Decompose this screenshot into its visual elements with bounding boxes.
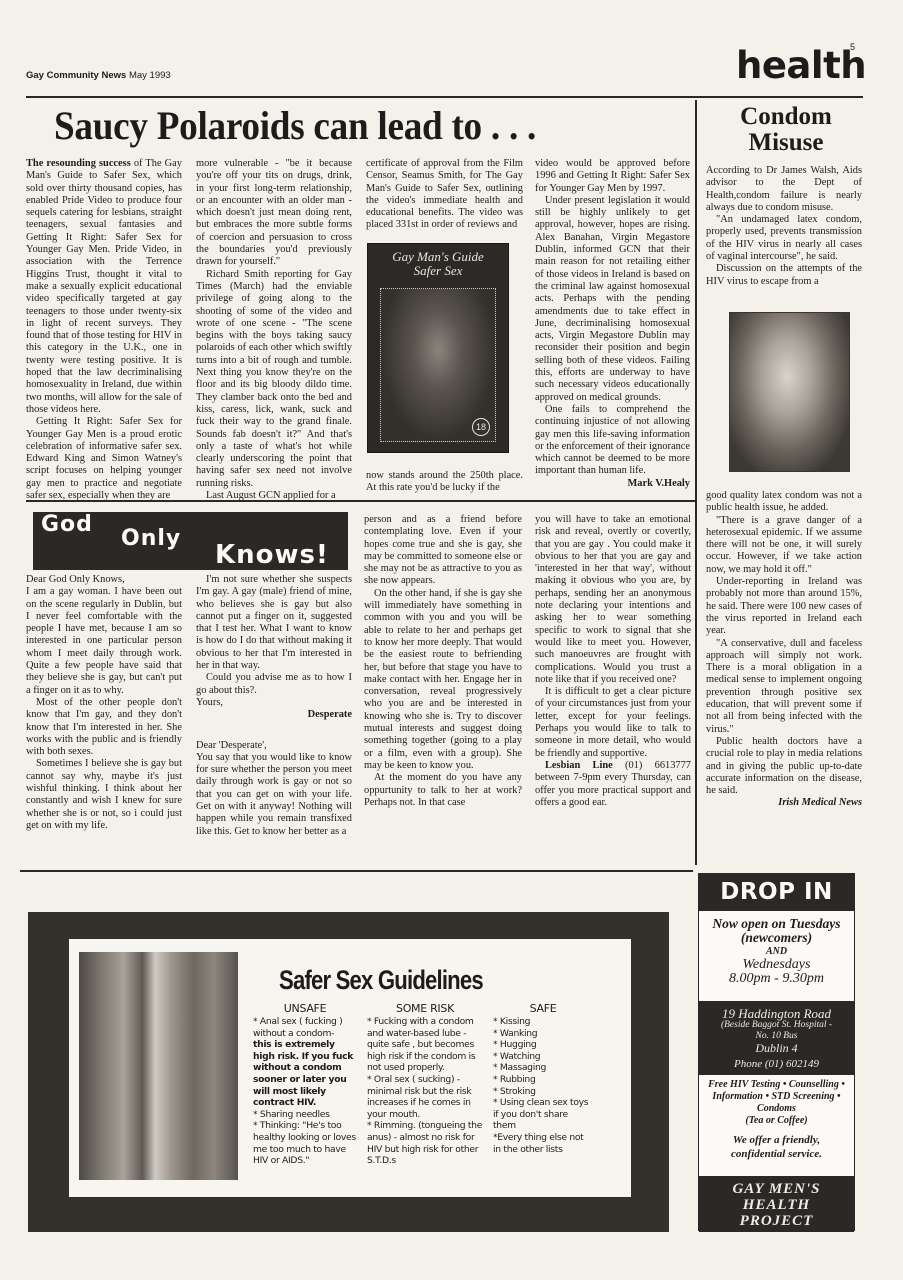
- list-item: * Rimming. (tongueing the anus) - almost…: [367, 1120, 483, 1166]
- guidelines-panel: Safer Sex Guidelines UNSAFE * Anal sex (…: [69, 939, 631, 1197]
- list-item: * Watching: [493, 1051, 593, 1063]
- lead-in: The resounding success: [26, 158, 131, 169]
- banner-word-only: Only: [121, 526, 181, 551]
- paragraph: "A conservative, dull and faceless appro…: [706, 638, 862, 736]
- paragraph: Richard Smith reporting for Gay Times (M…: [196, 269, 352, 490]
- issue-date: May 1993: [129, 70, 171, 81]
- list-item: * Kissing: [493, 1016, 593, 1028]
- list-item: *Every thing else not in the other lists: [493, 1132, 593, 1155]
- paragraph: Discussion on the attempts of the HIV vi…: [706, 263, 862, 288]
- guidelines-col-safe: SAFE * Kissing * Wanking * Hugging * Wat…: [493, 1002, 593, 1155]
- video-cover-title: Gay Man's Guide Safer Sex: [376, 250, 500, 278]
- column-divider: [695, 100, 697, 505]
- paragraph: You say that you would like to know for …: [196, 752, 352, 838]
- col-heading-safe: SAFE: [493, 1002, 593, 1015]
- main-article-col1: The resounding success of The Gay Man's …: [26, 158, 182, 502]
- letter-signature: Desperate: [196, 709, 352, 721]
- sidebar-headline: Condom Misuse: [706, 104, 866, 156]
- paragraph: "There is a grave danger of a heterosexu…: [706, 515, 862, 576]
- publication-line: Gay Community News May 1993: [26, 70, 171, 81]
- guidelines-col-some-risk: SOME RISK * Fucking with a condom and wa…: [367, 1002, 483, 1167]
- jeans-photo: [79, 952, 238, 1180]
- guidelines-title: Safer Sex Guidelines: [279, 967, 483, 994]
- banner-word-god: God: [41, 512, 93, 537]
- paragraph: good quality latex condom was not a publ…: [706, 490, 862, 515]
- advice-reply-col4: you will have to take an emotional risk …: [535, 514, 691, 809]
- paragraph: video would be approved before 1996 and …: [535, 158, 690, 195]
- list-item: * Fucking with a condom and water-based …: [367, 1016, 483, 1074]
- main-article-col4: video would be approved before 1996 and …: [535, 158, 690, 490]
- list-item-warning: this is extremely high risk. If you fuck…: [253, 1039, 357, 1109]
- doctor-portrait-photo: [729, 312, 850, 472]
- list-item: * Stroking: [493, 1086, 593, 1098]
- main-article-col2: more vulnerable - "be it because you're …: [196, 158, 352, 502]
- safer-sex-guidelines-box: Safer Sex Guidelines UNSAFE * Anal sex (…: [28, 912, 669, 1232]
- section-divider: [26, 500, 696, 502]
- video-cover-image: Gay Man's Guide Safer Sex 18: [367, 243, 509, 453]
- address-block: 19 Haddington Road (Beside Baggot St. Ho…: [699, 1001, 854, 1075]
- col-heading-unsafe: UNSAFE: [253, 1002, 357, 1015]
- paragraph: I am a gay woman. I have been out on the…: [26, 586, 182, 697]
- paragraph: At the moment do you have any oppurtunit…: [364, 772, 522, 809]
- paragraph: more vulnerable - "be it because you're …: [196, 158, 352, 269]
- drop-in-heading: DROP IN: [699, 874, 854, 911]
- section-divider: [20, 870, 693, 872]
- main-headline: Saucy Polaroids can lead to . . .: [54, 104, 536, 148]
- paragraph: you will have to take an emotional risk …: [535, 514, 691, 686]
- paragraph: Under-reporting in Ireland was probably …: [706, 576, 862, 637]
- main-article-col3-top: certificate of approval from the Film Ce…: [366, 158, 523, 232]
- guidelines-col-unsafe: UNSAFE * Anal sex ( fucking ) without a …: [253, 1002, 357, 1167]
- list-item: * Using clean sex toys if you don't shar…: [493, 1097, 593, 1132]
- street-address: 19 Haddington Road: [699, 1007, 854, 1020]
- paragraph: I'm not sure whether she suspects I'm ga…: [196, 574, 352, 672]
- advice-letter-col2: I'm not sure whether she suspects I'm ga…: [196, 574, 352, 838]
- letter-closing: Yours,: [196, 697, 352, 709]
- age-rating-badge: 18: [472, 418, 490, 436]
- paragraph: On the other hand, if she is gay she wil…: [364, 588, 522, 772]
- top-divider: [26, 96, 863, 98]
- list-item: * Rubbing: [493, 1074, 593, 1086]
- paragraph: Under present legislation it would still…: [535, 195, 690, 404]
- paragraph: One fails to comprehend the continuing i…: [535, 404, 690, 478]
- advice-reply-col3: person and as a friend before contemplat…: [364, 514, 522, 809]
- letter-salutation: Dear God Only Knows,: [26, 574, 182, 586]
- paragraph: certificate of approval from the Film Ce…: [366, 158, 523, 232]
- paragraph: Getting It Right: Safer Sex for Younger …: [26, 416, 182, 502]
- byline: Mark V.Healy: [535, 478, 690, 490]
- paragraph: Lesbian Line (01) 6613777 between 7-9pm …: [535, 760, 691, 809]
- list-item: * Hugging: [493, 1039, 593, 1051]
- paragraph: Sometimes I believe she is gay but canno…: [26, 758, 182, 832]
- column-divider: [695, 505, 697, 865]
- reply-salutation: Dear 'Desperate',: [196, 740, 352, 752]
- paragraph: Most of the other people don't know that…: [26, 697, 182, 758]
- source-credit: Irish Medical News: [706, 797, 862, 809]
- publication-name: Gay Community News: [26, 70, 126, 81]
- paragraph: It is difficult to get a clear picture o…: [535, 686, 691, 760]
- paragraph: person and as a friend before contemplat…: [364, 514, 522, 588]
- main-article-col3-bottom: now stands around the 250th place. At th…: [366, 470, 523, 495]
- opening-hours: Now open on Tuesdays (newcomers) AND Wed…: [699, 911, 854, 1001]
- list-item: * Sharing needles: [253, 1109, 357, 1121]
- col-heading-some-risk: SOME RISK: [367, 1002, 483, 1015]
- phone-number: Phone (01) 602149: [699, 1058, 854, 1071]
- list-item: * Oral sex ( sucking) - minimal risk but…: [367, 1074, 483, 1120]
- paragraph: "An undamaged latex condom, properly use…: [706, 214, 862, 263]
- sidebar-col-top: According to Dr James Walsh, Aids adviso…: [706, 165, 862, 288]
- list-item: * Wanking: [493, 1028, 593, 1040]
- sidebar-col-bottom: good quality latex condom was not a publ…: [706, 490, 862, 810]
- list-item: * Thinking: "He's too healthy looking or…: [253, 1120, 357, 1166]
- advice-column-banner: God Only Knows!: [33, 512, 348, 570]
- paragraph: now stands around the 250th place. At th…: [366, 470, 523, 495]
- banner-word-knows: Knows!: [215, 540, 329, 570]
- paragraph: Could you advise me as to how I go about…: [196, 672, 352, 697]
- services-list: Free HIV Testing • Counselling • Informa…: [699, 1075, 854, 1175]
- helpline-name: Lesbian Line: [545, 760, 613, 771]
- paragraph: Public health doctors have a crucial rol…: [706, 736, 862, 797]
- paragraph: According to Dr James Walsh, Aids adviso…: [706, 165, 862, 214]
- advice-letter-col1: Dear God Only Knows, I am a gay woman. I…: [26, 574, 182, 832]
- section-title: health: [736, 47, 866, 84]
- organisation-name: GAY MEN'S HEALTH PROJECT: [699, 1176, 854, 1232]
- list-item: * Anal sex ( fucking ) without a condom-: [253, 1016, 357, 1039]
- paragraph: The resounding success of The Gay Man's …: [26, 158, 182, 416]
- drop-in-advert: DROP IN Now open on Tuesdays (newcomers)…: [698, 873, 855, 1231]
- list-item: * Massaging: [493, 1062, 593, 1074]
